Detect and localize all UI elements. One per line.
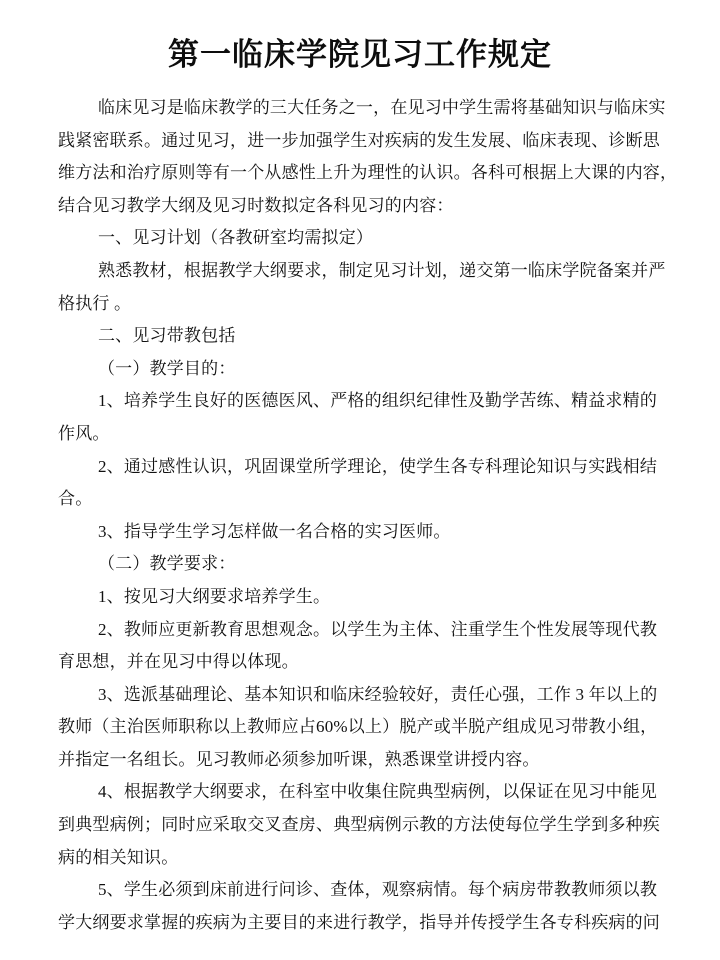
document-line: 格执行 。 — [58, 288, 664, 321]
document-line: 一、见习计划（各教研室均需拟定） — [58, 222, 664, 255]
document-line: 1、培养学生良好的医德医风、严格的组织纪律性及勤学苦练、精益求精的 — [58, 385, 664, 418]
document-page: 第一临床学院见习工作规定 临床见习是临床教学的三大任务之一，在见习中学生需将基础… — [0, 0, 720, 960]
document-title: 第一临床学院见习工作规定 — [0, 34, 720, 76]
document-line: 作风。 — [58, 418, 664, 451]
document-line: 1、按见习大纲要求培养学生。 — [58, 581, 664, 614]
document-line: 熟悉教材，根据教学大纲要求，制定见习计划，递交第一临床学院备案并严 — [58, 255, 664, 288]
document-line: 践紧密联系。通过见习，进一步加强学生对疾病的发生发展、临床表现、诊断思 — [58, 125, 664, 158]
document-line: 育思想，并在见习中得以体现。 — [58, 646, 664, 679]
document-line: 2、教师应更新教育思想观念。以学生为主体、注重学生个性发展等现代教 — [58, 614, 664, 647]
document-line: 到典型病例；同时应采取交叉查房、典型病例示教的方法使每位学生学到多种疾 — [58, 809, 664, 842]
document-line: 合。 — [58, 483, 664, 516]
document-line: 2、通过感性认识，巩固课堂所学理论，使学生各专科理论知识与实践相结 — [58, 451, 664, 484]
document-line: 教师（主治医师职称以上教师应占60%以上）脱产或半脱产组成见习带教小组， — [58, 711, 664, 744]
document-line: 3、选派基础理论、基本知识和临床经验较好，责任心强，工作 3 年以上的 — [58, 679, 664, 712]
document-line: 病的相关知识。 — [58, 842, 664, 875]
document-line: 结合见习教学大纲及见习时数拟定各科见习的内容： — [58, 190, 664, 223]
document-line: 二、见习带教包括 — [58, 320, 664, 353]
document-line: 临床见习是临床教学的三大任务之一，在见习中学生需将基础知识与临床实 — [58, 92, 664, 125]
document-line: 4、根据教学大纲要求，在科室中收集住院典型病例，以保证在见习中能见 — [58, 776, 664, 809]
document-line: （二）教学要求： — [58, 548, 664, 581]
document-line: 5、学生必须到床前进行问诊、查体，观察病情。每个病房带教教师须以教 — [58, 874, 664, 907]
document-line: 学大纲要求掌握的疾病为主要目的来进行教学，指导并传授学生各专科疾病的问 — [58, 907, 664, 940]
document-line: 维方法和治疗原则等有一个从感性上升为理性的认识。各科可根据上大课的内容， — [58, 157, 664, 190]
document-line: 3、指导学生学习怎样做一名合格的实习医师。 — [58, 516, 664, 549]
document-body: 临床见习是临床教学的三大任务之一，在见习中学生需将基础知识与临床实践紧密联系。通… — [58, 92, 664, 939]
document-line: 并指定一名组长。见习教师必须参加听课，熟悉课堂讲授内容。 — [58, 744, 664, 777]
document-line: （一）教学目的： — [58, 353, 664, 386]
